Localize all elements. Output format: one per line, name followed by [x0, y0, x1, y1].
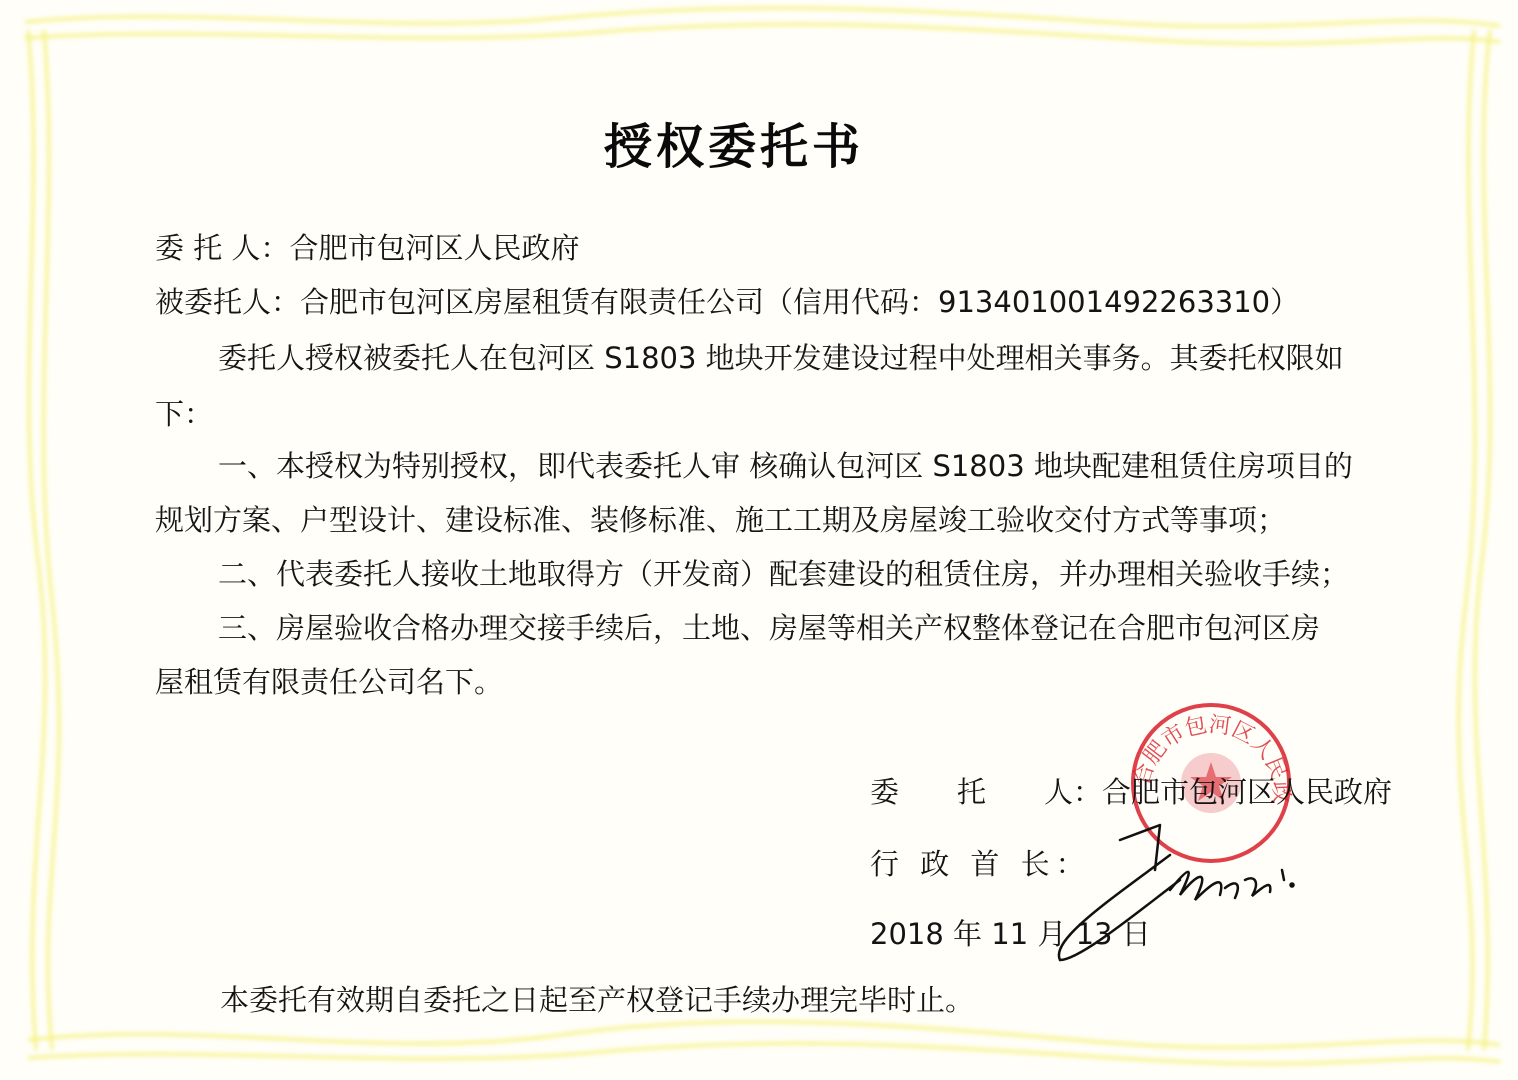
item-1-line-1: 一、本授权为特别授权，即代表委托人审 核确认包河区 S1803 地块配建租赁住房… — [218, 444, 1353, 485]
signature-principal-line: 委 托 人：合肥市包河区人民政府 — [870, 770, 1392, 811]
validity-statement: 本委托有效期自委托之日起至产权登记手续办理完毕时止。 — [220, 978, 974, 1019]
intro-line-2: 下： — [155, 392, 213, 433]
item-3-line-2: 屋租赁有限责任公司名下。 — [155, 660, 503, 701]
document-title: 授权委托书 — [0, 108, 1468, 177]
principal-line: 委 托 人：合肥市包河区人民政府 — [155, 226, 579, 267]
item-1-line-2: 规划方案、户型设计、建设标准、装修标准、施工工期及房屋竣工验收交付方式等事项； — [155, 498, 1286, 539]
agent-value: 合肥市包河区房屋租赁有限责任公司（信用代码：91340100149226331​… — [300, 285, 1299, 319]
signature-principal-value: 合肥市包河区人民政府 — [1102, 775, 1392, 809]
item-3-line-1: 三、房屋验收合格办理交接手续后，土地、房屋等相关产权整体登记在合肥市包河区房 — [218, 606, 1320, 647]
intro-line-1: 委托人授权被委托人在包河区 S1803 地块开发建设过程中处理相关事务。其委托权… — [218, 336, 1344, 377]
principal-label: 委 托 人： — [155, 231, 289, 265]
agent-line: 被委托人：合肥市包河区房屋租赁有限责任公司（信用代码：9134010014922… — [155, 280, 1299, 321]
principal-value: 合肥市包河区人民政府 — [289, 231, 579, 265]
item-2-line-1: 二、代表委托人接收土地取得方（开发商）配套建设的租赁住房，并办理相关验收手续； — [218, 552, 1349, 593]
handwritten-signature-icon — [1020, 810, 1310, 970]
signature-principal-label: 委 托 人： — [870, 775, 1102, 809]
agent-label: 被委托人： — [155, 285, 300, 319]
